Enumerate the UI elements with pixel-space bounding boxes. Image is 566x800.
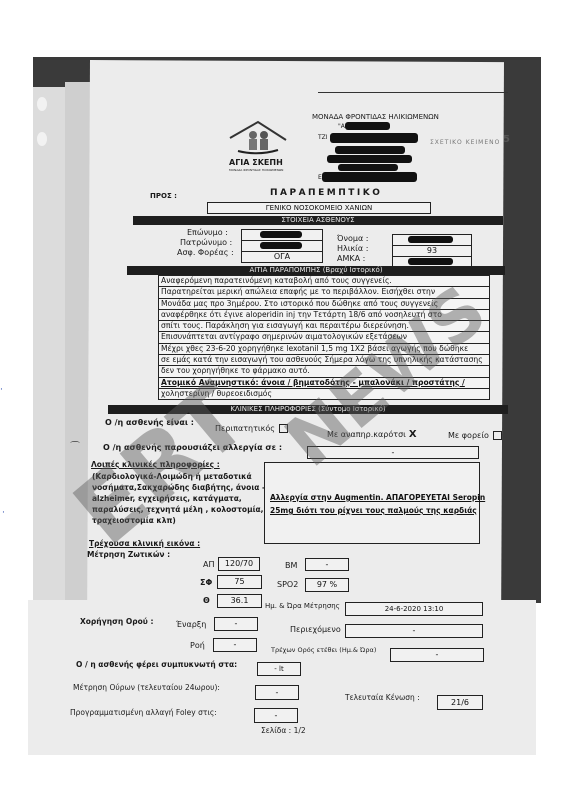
- serum-content-label: Περιεχόμενο: [290, 625, 341, 634]
- temp-label: Θ: [203, 596, 210, 605]
- redaction: [322, 172, 417, 182]
- binder-hole: [37, 97, 47, 111]
- unit-line-tzi: ΤΖΙ: [318, 134, 328, 141]
- stamp-text: ΣΧΕΤΙΚΟ ΚΕΙΜΕΝΟ: [430, 139, 500, 146]
- spo2-label: SPO2: [277, 580, 298, 589]
- datetime-field: 24-6-2020 13:10: [345, 602, 483, 616]
- logo-text: ΑΓΙΑ ΣΚΕΠΗ: [229, 158, 283, 167]
- name-label: Όνομα :: [337, 234, 368, 243]
- redaction: [335, 146, 405, 154]
- stamp-number: 5: [503, 134, 510, 145]
- concentrator-label: Ο / η ασθενής φέρει συμπυκνωτή στα:: [76, 660, 237, 669]
- redaction: [330, 133, 418, 143]
- pen-mark-icon: ·: [2, 508, 5, 518]
- serum-flow-field: -: [213, 638, 257, 652]
- bm-label: ΒΜ: [285, 561, 297, 570]
- to-field: ΓΕΝΙΚΟ ΝΟΣΟΚΟΜΕΙΟ ΧΑΝΙΩΝ: [207, 202, 431, 214]
- section-bar-patient: ΣΤΟΙΧΕΙΑ ΑΣΘΕΝΟΥΣ: [133, 216, 503, 225]
- father-label: Πατρώνυμο :: [180, 238, 232, 247]
- spo2-field: 97 %: [305, 578, 349, 592]
- concentrator-field: - lt: [257, 662, 301, 676]
- serum-placed-field: -: [390, 648, 484, 662]
- amka-label: ΑΜΚΑ :: [337, 254, 365, 263]
- section-title: ΣΤΟΙΧΕΙΑ ΑΣΘΕΝΟΥΣ: [281, 216, 354, 224]
- insurer-field: ΟΓΑ: [241, 251, 323, 263]
- logo-house-icon: [228, 118, 288, 158]
- age-label: Ηλικία :: [337, 244, 368, 253]
- serum-start-field: -: [214, 617, 258, 631]
- foley-field: -: [254, 708, 298, 723]
- page-number: Σελίδα : 1/2: [261, 726, 306, 735]
- last-void-label: Τελευταία Κένωση :: [345, 693, 420, 702]
- other-info-line: Αλλεργία στην Augmentin. ΑΠΑΓΟΡΕΥΕΤΑΙ Se…: [270, 491, 485, 504]
- redaction: [338, 164, 398, 171]
- serum-flow-label: Ροή: [190, 641, 205, 650]
- urine-label: Μέτρηση Ούρων (τελευταίου 24ωρου):: [73, 683, 220, 692]
- to-label: ΠΡΟΣ :: [150, 192, 177, 200]
- temp-field: 36.1: [217, 594, 262, 608]
- ap-field: 120/70: [218, 557, 260, 571]
- serum-placed-label: Τρέχων Ορός ετέθει (Ημ.& Ώρα): [271, 646, 376, 654]
- header-rule: [318, 92, 508, 93]
- foley-label: Προγραμματισμένη αλλαγή Foley στις:: [70, 708, 217, 717]
- bm-field: -: [305, 558, 349, 571]
- other-info-field: Αλλεργία στην Augmentin. ΑΠΑΓΟΡΕΥΕΤΑΙ Se…: [264, 462, 480, 544]
- document-title: ΠΑΡΑΠΕΜΠΤΙΚΟ: [270, 188, 382, 198]
- logo-subtext: ΜΟΝΑΔΑ ΦΡΟΝΤΙΔΑΣ ΗΛΙΚΙΩΜΕΝΩΝ: [229, 168, 283, 172]
- checkbox-stretcher[interactable]: [493, 431, 502, 440]
- unit-name: ΜΟΝΑΔΑ ΦΡΟΝΤΙΔΑΣ ΗΛΙΚΙΩΜΕΝΩΝ: [312, 113, 439, 121]
- option-stretcher[interactable]: Με φορείο: [448, 431, 502, 440]
- pen-mark-icon: ·: [0, 385, 3, 395]
- datetime-label: Ημ. & Ώρα Μέτρησης: [265, 602, 340, 610]
- sf-field: 75: [217, 575, 262, 589]
- serum-label: Χορήγηση Ορού :: [80, 617, 153, 626]
- redaction: [327, 155, 412, 163]
- surname-label: Επώνυμο :: [187, 228, 228, 237]
- other-info-line: 25mg διότι του ρίχνει τους παλμούς της κ…: [270, 504, 485, 517]
- serum-start-label: Έναρξη: [176, 620, 206, 629]
- serum-content-field: -: [345, 624, 483, 638]
- checkbox-wheelchair-checked[interactable]: X: [409, 429, 417, 440]
- insurer-label: Ασφ. Φορέας :: [177, 248, 234, 257]
- urine-field: -: [255, 685, 299, 700]
- last-void-field: 21/6: [437, 695, 483, 710]
- binder-hole: [37, 132, 47, 146]
- section-title: ΑΙΤΙΑ ΠΑΡΑΠΟΜΠΗΣ (Βραχύ Ιστορικό): [249, 266, 382, 274]
- pen-mark-icon: ⌒: [70, 438, 80, 453]
- ap-label: ΑΠ: [203, 560, 215, 569]
- sf-label: ΣΦ: [200, 578, 212, 587]
- redaction: [345, 122, 390, 130]
